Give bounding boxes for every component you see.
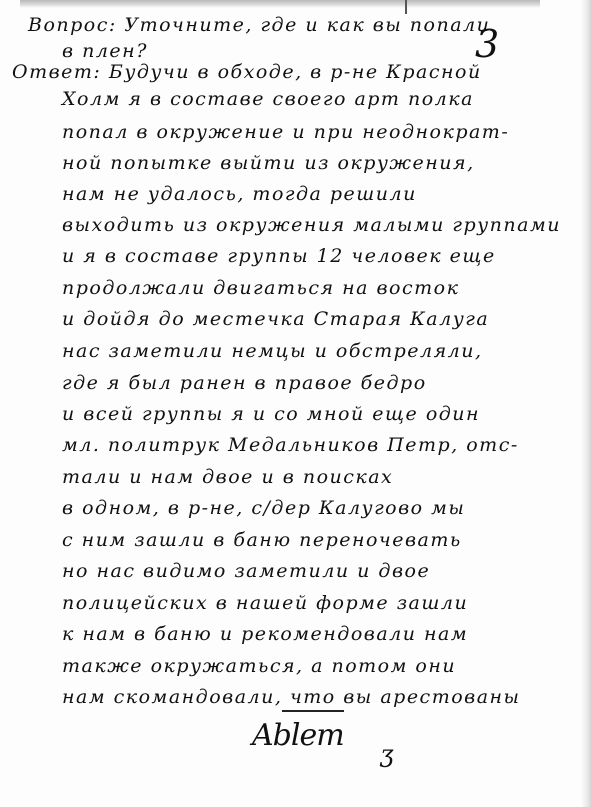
question-label: Вопрос: — [28, 14, 117, 36]
document-page: 3 Вопрос: Уточните, где и как вы попали … — [0, 0, 591, 807]
answer-line: и я в составе группы 12 человек еще — [62, 245, 496, 267]
answer-line: с ним зашли в баню переночевать — [62, 529, 462, 551]
signature-rule — [282, 710, 344, 712]
scan-edge-top — [20, 0, 540, 8]
signature: Ablem — [252, 718, 344, 753]
answer-line: но нас видимо заметили и двое — [62, 560, 430, 582]
answer-line: и всей группы я и со мной еще один — [62, 403, 480, 425]
scan-edge-right — [581, 0, 591, 807]
answer-line: попал в окружение и при неоднократ- — [62, 121, 509, 143]
answer-line: продолжали двигаться на восток — [62, 277, 459, 299]
question-line: Вопрос: Уточните, где и как вы попали — [28, 14, 490, 36]
answer-line: Ответ: Будучи в обходе, в р-не Красной — [12, 61, 482, 83]
answer-line: нам скомандовали, что вы арестованы — [62, 686, 521, 708]
question-text: Уточните, где и как вы попали — [124, 14, 490, 36]
answer-line: тали и нам двое и в поисках — [62, 466, 393, 488]
answer-line: в одном, в р-не, с/дер Калугово мы — [62, 497, 465, 519]
answer-line: полицейских в нашей форме зашли — [62, 592, 468, 614]
answer-line: где я был ранен в правое бедро — [62, 372, 427, 394]
signature-flourish: ʒ — [380, 740, 394, 768]
answer-line: и дойдя до местечка Старая Калуга — [62, 308, 489, 330]
answer-line: ной попытке выйти из окружения, — [62, 152, 475, 174]
answer-line: также окружаться, а потом они — [62, 655, 456, 677]
answer-label: Ответ: — [12, 61, 101, 83]
scan-mark — [405, 0, 407, 14]
answer-text: Будучи в обходе, в р-не Красной — [109, 61, 482, 83]
answer-line: нас заметили немцы и обстреляли, — [62, 340, 483, 362]
answer-line: Холм я в составе своего арт полка — [62, 88, 474, 110]
question-line: в плен? — [62, 40, 148, 62]
answer-line: мл. политрук Медальников Петр, отс- — [62, 434, 519, 456]
answer-line: к нам в баню и рекомендовали нам — [62, 623, 468, 645]
answer-line: нам не удалось, тогда решили — [62, 183, 417, 205]
answer-line: выходить из окружения малыми группами — [62, 214, 561, 236]
